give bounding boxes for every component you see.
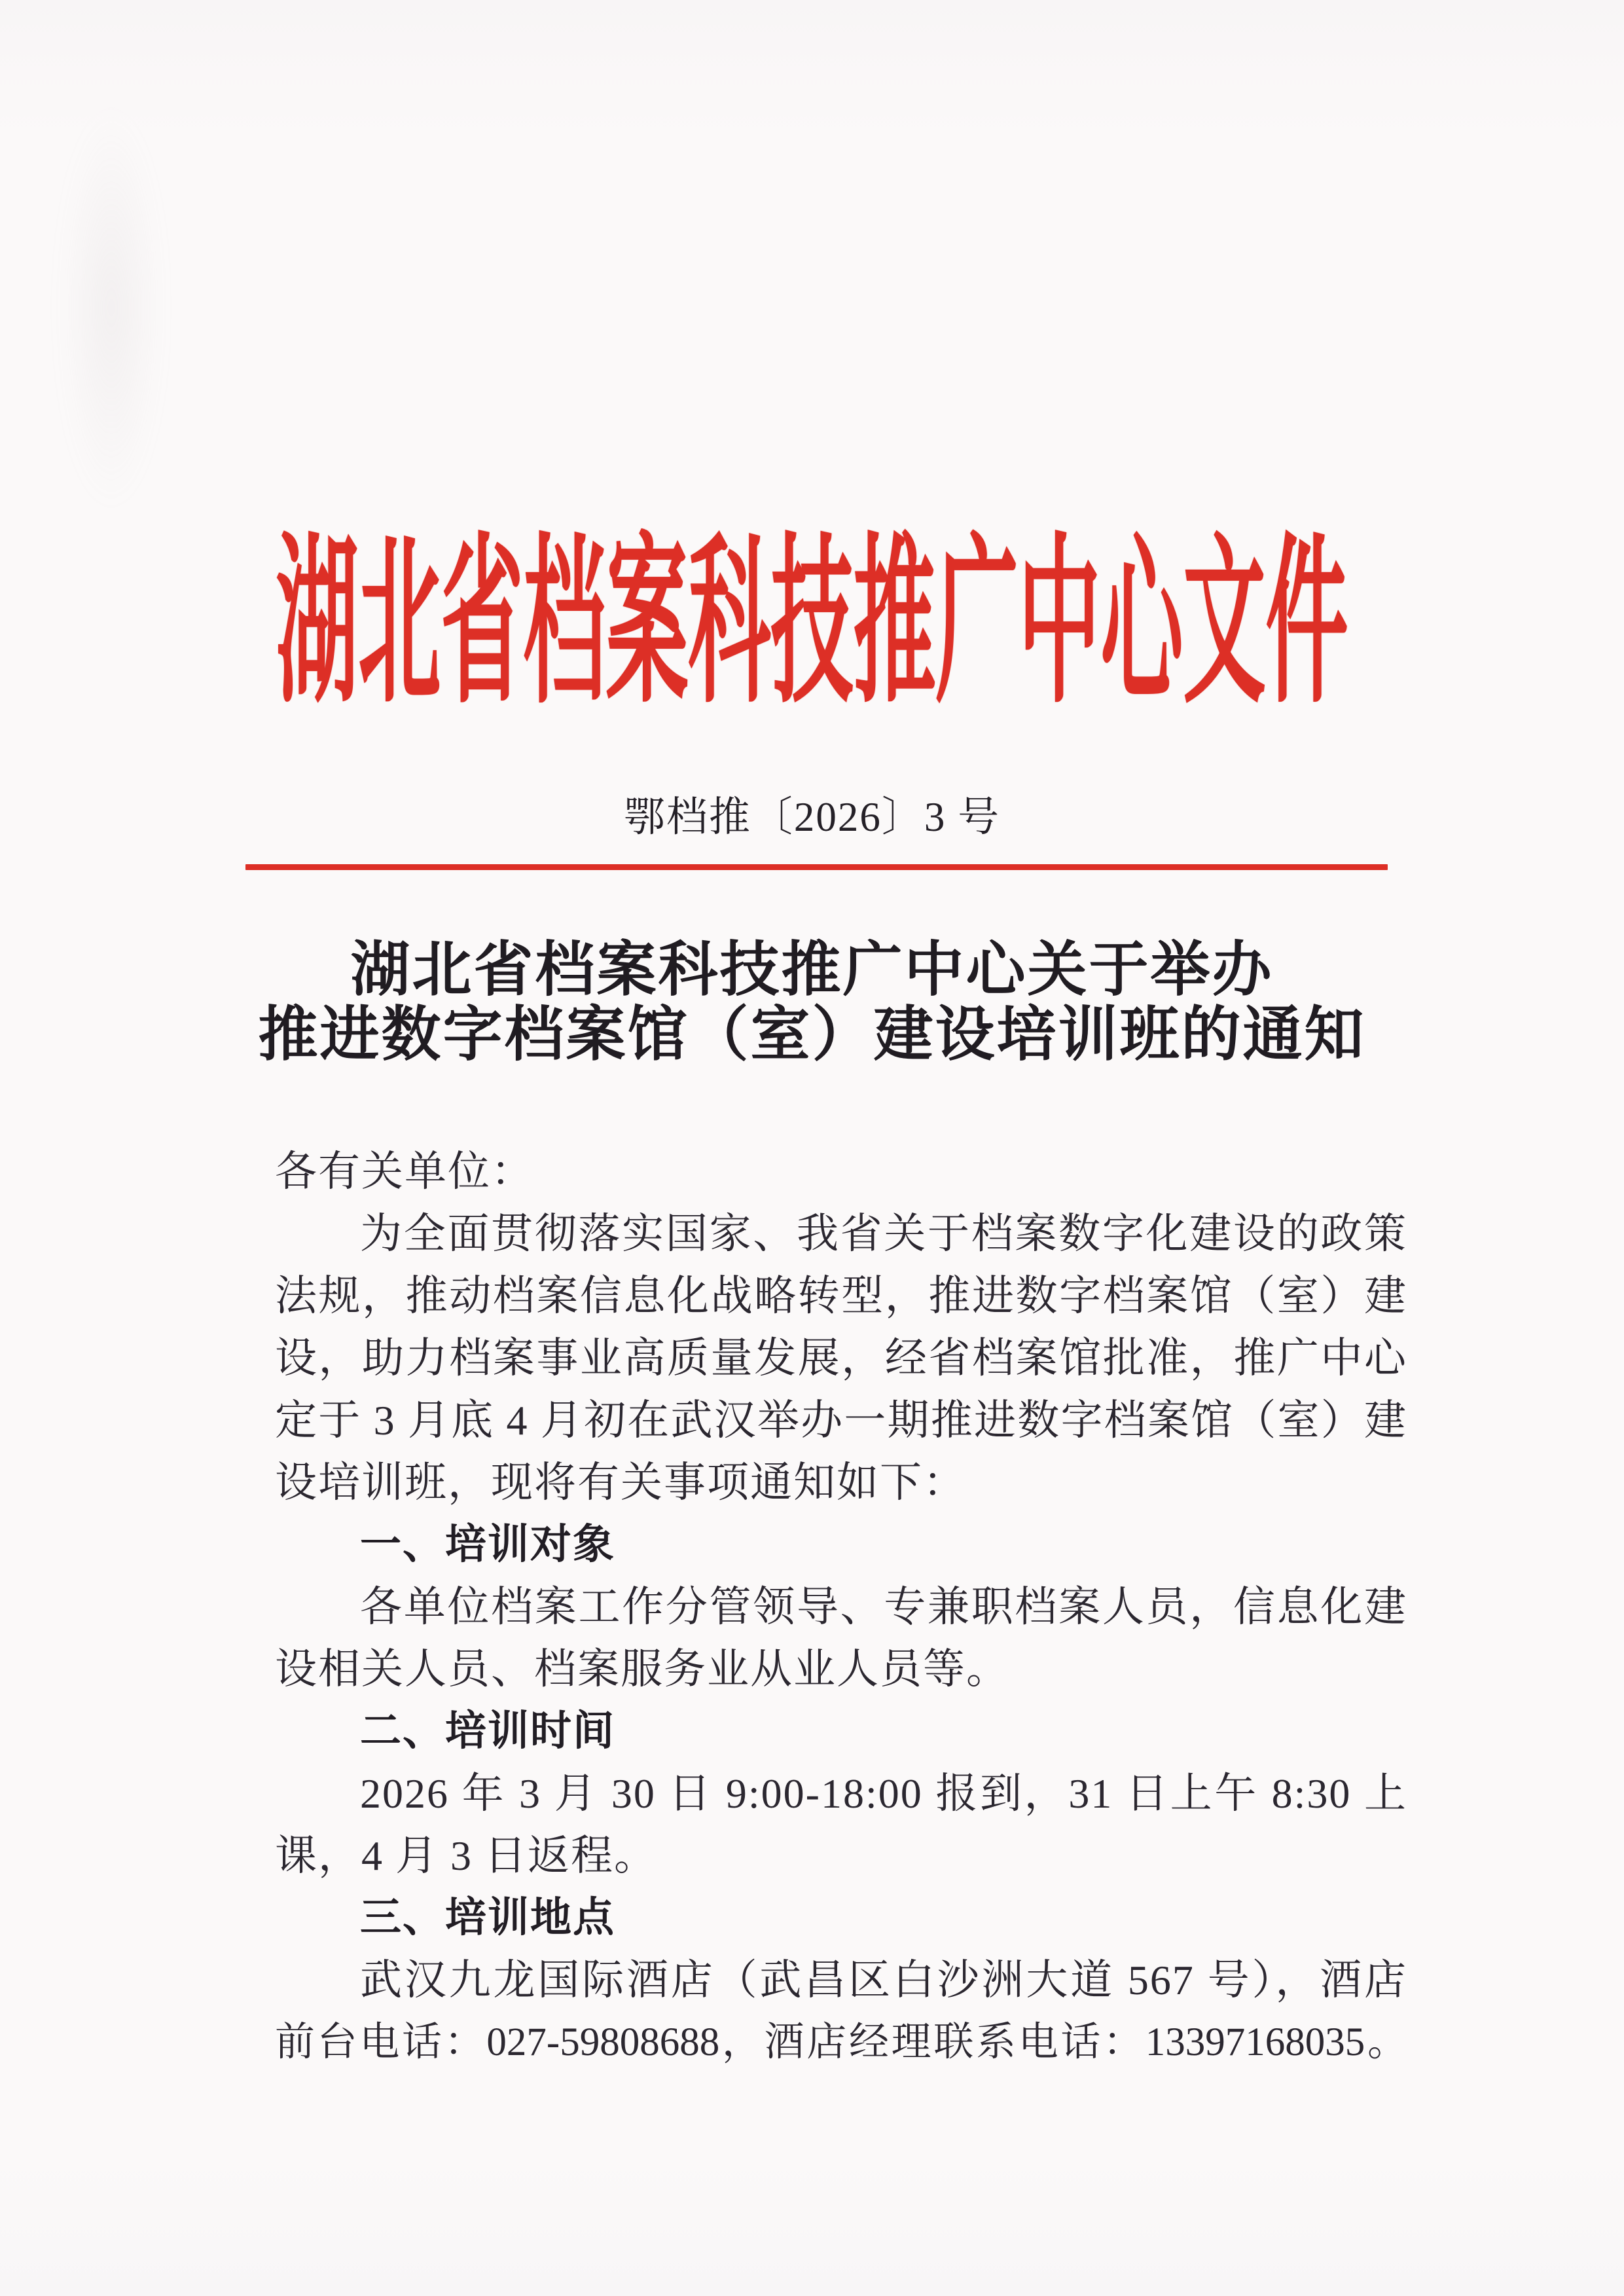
body-line: 为全面贯彻落实国家、我省关于档案数字化建设的政策 — [275, 1203, 1407, 1265]
body-line: 2026 年 3 月 30 日 9:00-18:00 报到，31 日上午 8:3… — [275, 1762, 1407, 1825]
section-heading: 二、培训时间 — [275, 1700, 1407, 1762]
document-number: 鄂档推〔2026〕3 号 — [0, 791, 1624, 843]
body-line: 设培训班，现将有关事项通知如下： — [275, 1451, 1407, 1514]
body-line: 设，助力档案事业高质量发展，经省档案馆批准，推广中心 — [275, 1327, 1407, 1389]
body-line: 课，4 月 3 日返程。 — [275, 1825, 1407, 1887]
scan-artifact — [59, 105, 164, 511]
document-title-line-2: 推进数字档案馆（室）建设培训班的通知 — [0, 1002, 1624, 1067]
body-line: 定于 3 月底 4 月初在武汉举办一期推进数字档案馆（室）建 — [275, 1389, 1407, 1451]
section-heading: 一、培训对象 — [275, 1514, 1407, 1576]
document-title-line-1: 湖北省档案科技推广中心关于举办 — [0, 938, 1624, 1002]
body-line: 前台电话：027-59808688，酒店经理联系电话：13397168035。 — [275, 2011, 1407, 2073]
body-line: 设相关人员、档案服务业从业人员等。 — [275, 1638, 1407, 1700]
section-heading: 三、培训地点 — [275, 1887, 1407, 1949]
body-line: 各有关单位： — [275, 1140, 1407, 1203]
document-title: 湖北省档案科技推广中心关于举办 推进数字档案馆（室）建设培训班的通知 — [0, 938, 1624, 1067]
scanned-document-page: 湖北省档案科技推广中心文件 鄂档推〔2026〕3 号 湖北省档案科技推广中心关于… — [0, 0, 1624, 2296]
red-divider-rule — [245, 864, 1388, 870]
body: 各有关单位：为全面贯彻落实国家、我省关于档案数字化建设的政策法规，推动档案信息化… — [275, 1140, 1407, 2073]
body-line: 各单位档案工作分管领导、专兼职档案人员，信息化建 — [275, 1576, 1407, 1638]
red-header: 湖北省档案科技推广中心文件 — [0, 505, 1624, 710]
body-line: 武汉九龙国际酒店（武昌区白沙洲大道 567 号），酒店 — [275, 1949, 1407, 2011]
body-line: 法规，推动档案信息化战略转型，推进数字档案馆（室）建 — [275, 1265, 1407, 1327]
organization-title: 湖北省档案科技推广中心文件 — [276, 477, 1348, 738]
